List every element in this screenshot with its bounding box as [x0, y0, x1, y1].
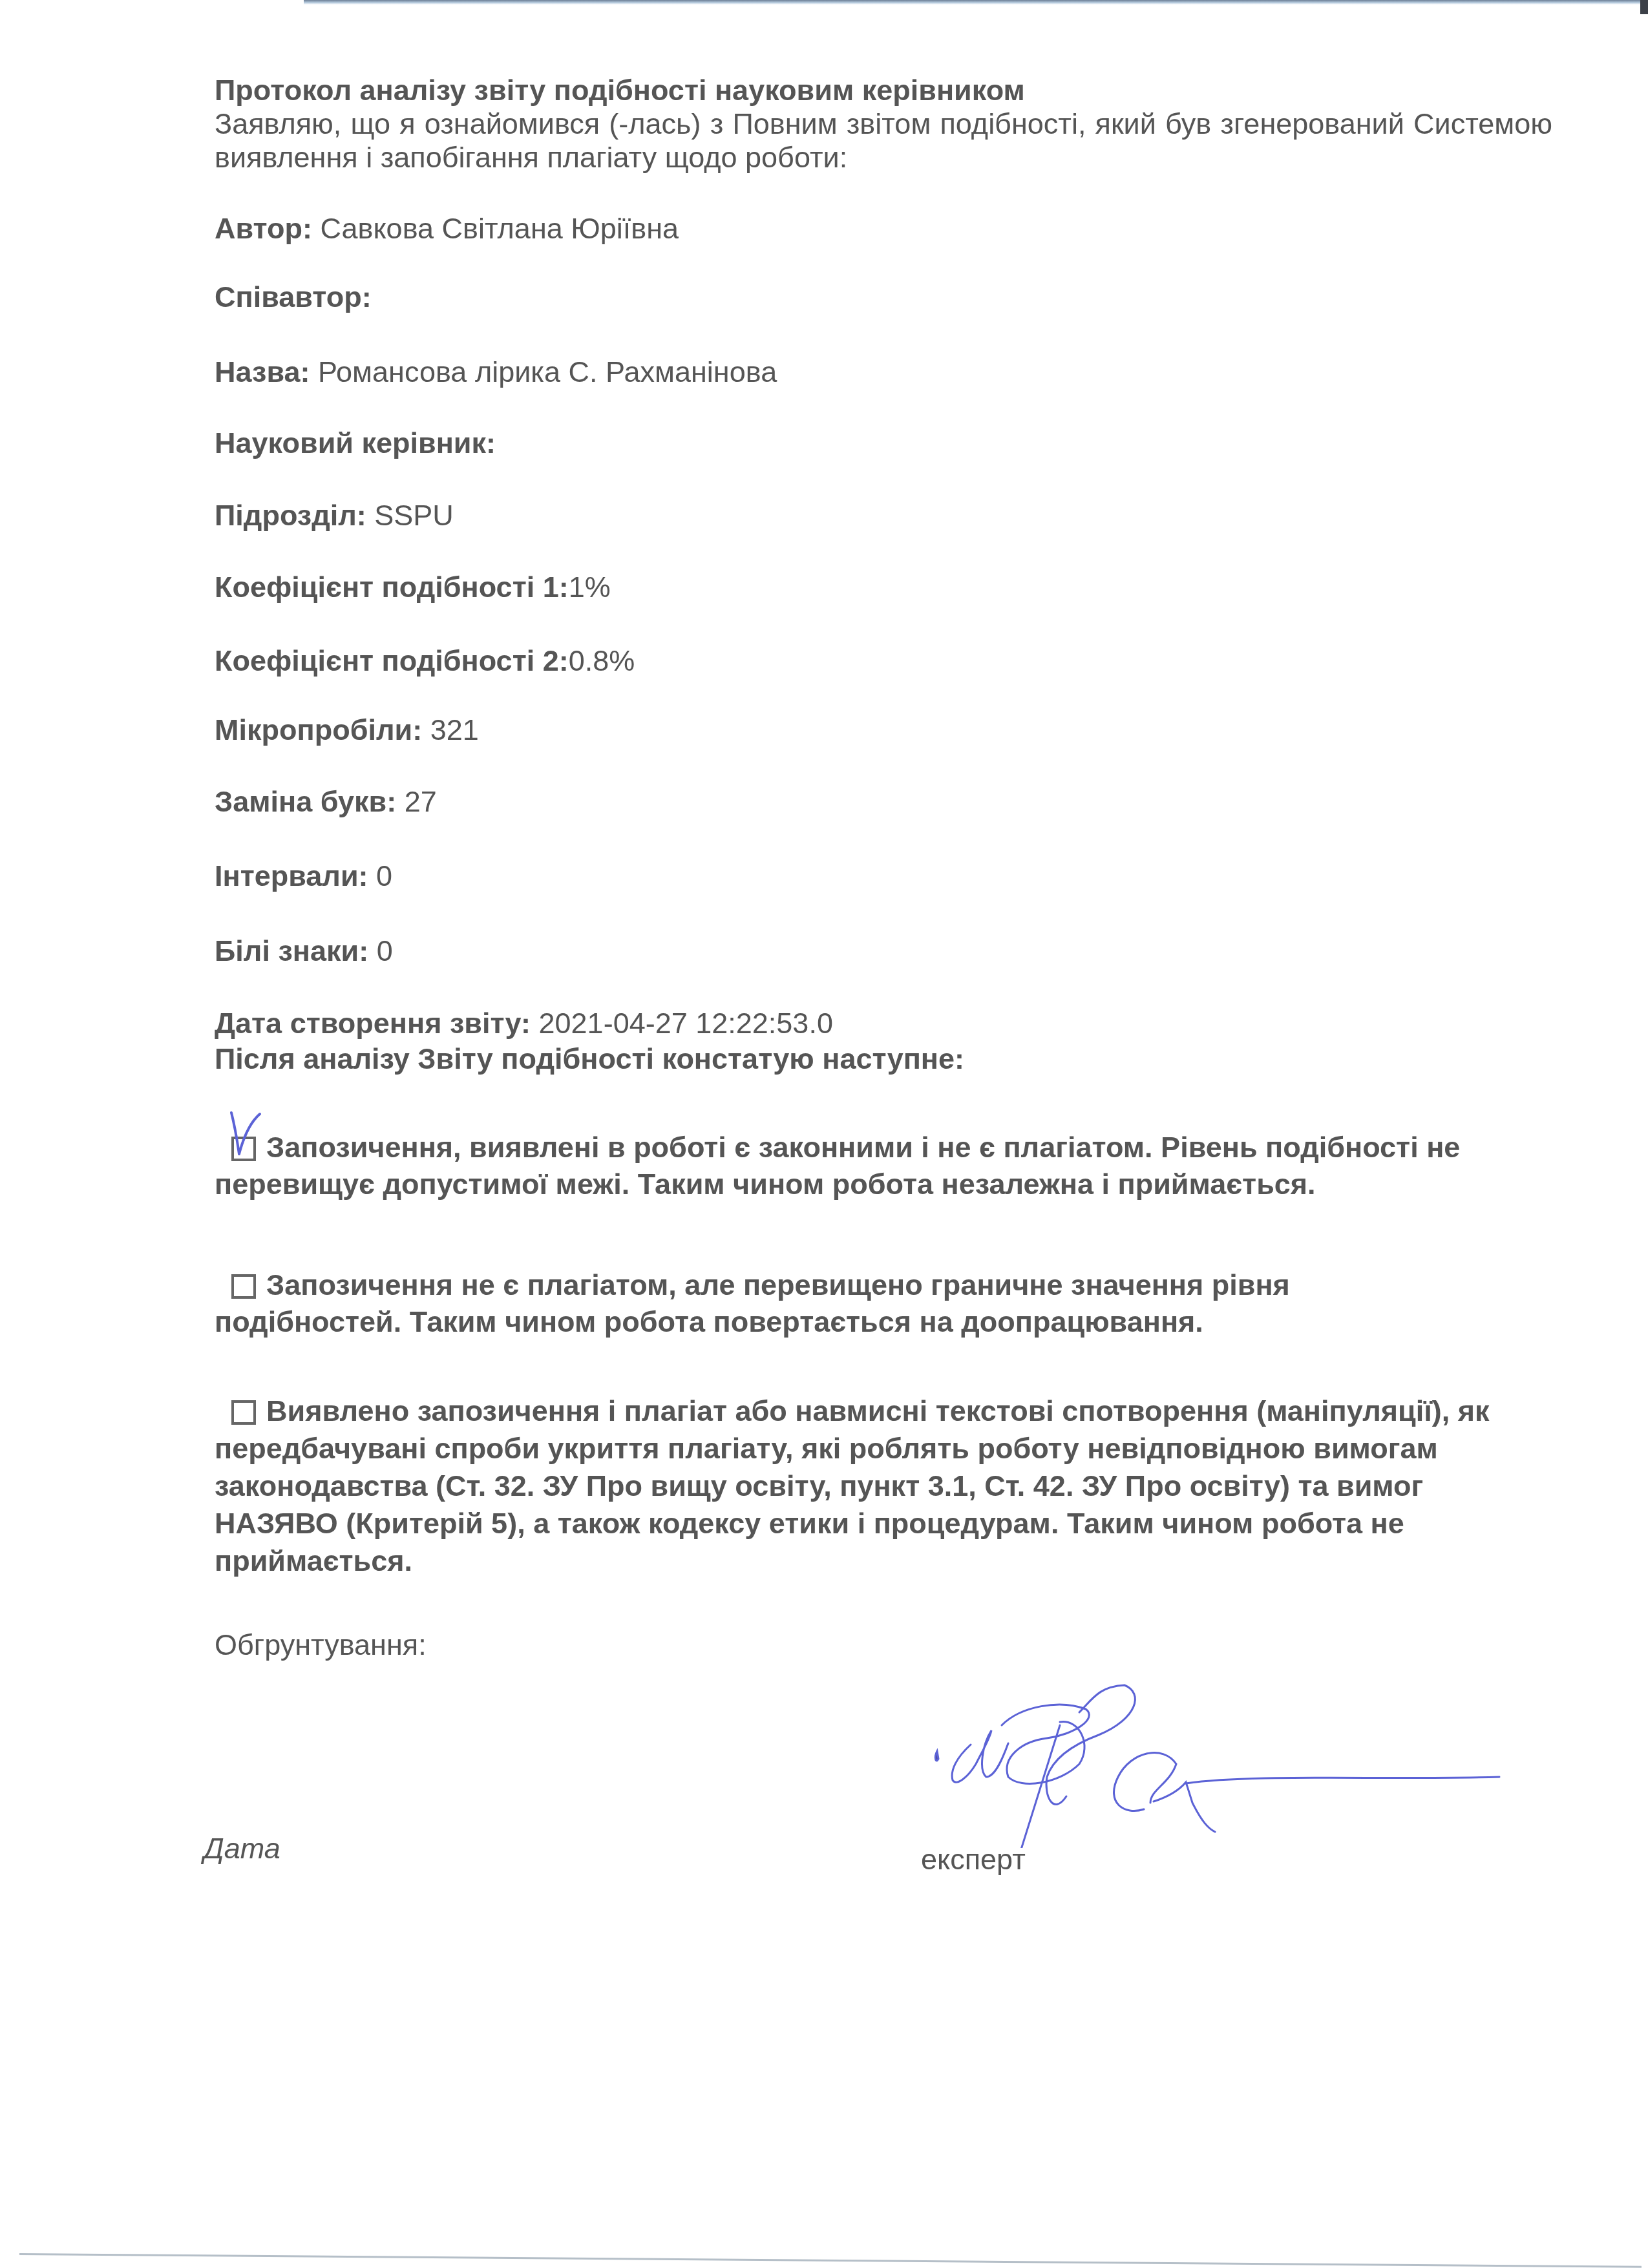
conclusion-heading: Після аналізу Звіту подібності констатую…	[215, 1042, 964, 1076]
date-label: Дата	[204, 1832, 280, 1865]
field-value: SSPU	[366, 499, 454, 532]
field-author: Автор: Савкова Світлана Юріївна	[215, 212, 679, 246]
field-value: 0	[368, 934, 393, 967]
signature-icon	[931, 1674, 1512, 1848]
option-rejected: Виявлено запозичення і плагіат або навми…	[215, 1392, 1552, 1580]
scan-edge-bottom	[19, 2253, 1642, 2268]
option-accepted: Запозичення, виявлені в роботі є законни…	[215, 1129, 1552, 1202]
field-label: Інтервали:	[215, 859, 368, 892]
checkbox-revision[interactable]	[231, 1274, 256, 1299]
field-label: Науковий керівник:	[215, 426, 496, 459]
field-report-date: Дата створення звіту: 2021-04-27 12:22:5…	[215, 1007, 833, 1040]
field-value: 0	[368, 859, 393, 892]
scan-edge-top	[304, 0, 1648, 5]
intro-paragraph: Заявляю, що я ознайомився (-лась) з Повн…	[215, 107, 1552, 174]
field-intervals: Інтервали: 0	[215, 859, 392, 893]
field-similarity-1: Коефіцієнт подібності 1:1%	[215, 571, 611, 604]
checkmark-icon	[227, 1110, 266, 1157]
field-white-chars: Білі знаки: 0	[215, 934, 393, 968]
field-coauthor: Співавтор:	[215, 280, 372, 314]
field-label: Білі знаки:	[215, 934, 368, 967]
field-label: Дата створення звіту:	[215, 1007, 531, 1040]
field-title: Назва: Романсова лірика С. Рахманінова	[215, 355, 777, 389]
field-microspaces: Мікропробіли: 321	[215, 713, 479, 747]
field-label: Автор:	[215, 212, 312, 245]
field-value: 27	[396, 785, 437, 818]
justification-label: Обгрунтування:	[215, 1628, 427, 1662]
field-similarity-2: Коефіцієнт подібності 2:0.8%	[215, 644, 635, 678]
field-department: Підрозділ: SSPU	[215, 499, 454, 532]
option-text: Виявлено запозичення і плагіат або навми…	[215, 1394, 1490, 1577]
field-value: 1%	[569, 571, 611, 604]
option-text: Запозичення, виявлені в роботі є законни…	[215, 1131, 1460, 1201]
field-label: Назва:	[215, 355, 310, 388]
option-revision: Запозичення не є плагіатом, але перевище…	[215, 1266, 1442, 1340]
field-label: Коефіцієнт подібності 1:	[215, 571, 569, 604]
field-value: Романсова лірика С. Рахманінова	[310, 355, 777, 388]
field-letter-substitution: Заміна букв: 27	[215, 785, 437, 819]
field-value: Савкова Світлана Юріївна	[312, 212, 679, 245]
field-label: Мікропробіли:	[215, 713, 422, 746]
field-label: Співавтор:	[215, 280, 372, 313]
field-supervisor: Науковий керівник:	[215, 426, 496, 460]
field-label: Коефіцієнт подібності 2:	[215, 644, 569, 677]
option-text: Запозичення не є плагіатом, але перевище…	[215, 1268, 1290, 1338]
checkbox-rejected[interactable]	[231, 1400, 256, 1425]
scan-corner	[1640, 0, 1648, 14]
document-title: Протокол аналізу звіту подібності науков…	[215, 74, 1025, 107]
field-label: Заміна букв:	[215, 785, 396, 818]
expert-label: експерт	[921, 1843, 1026, 1876]
field-value: 2021-04-27 12:22:53.0	[531, 1007, 833, 1040]
field-value: 321	[422, 713, 479, 746]
field-value: 0.8%	[569, 644, 635, 677]
field-label: Підрозділ:	[215, 499, 366, 532]
